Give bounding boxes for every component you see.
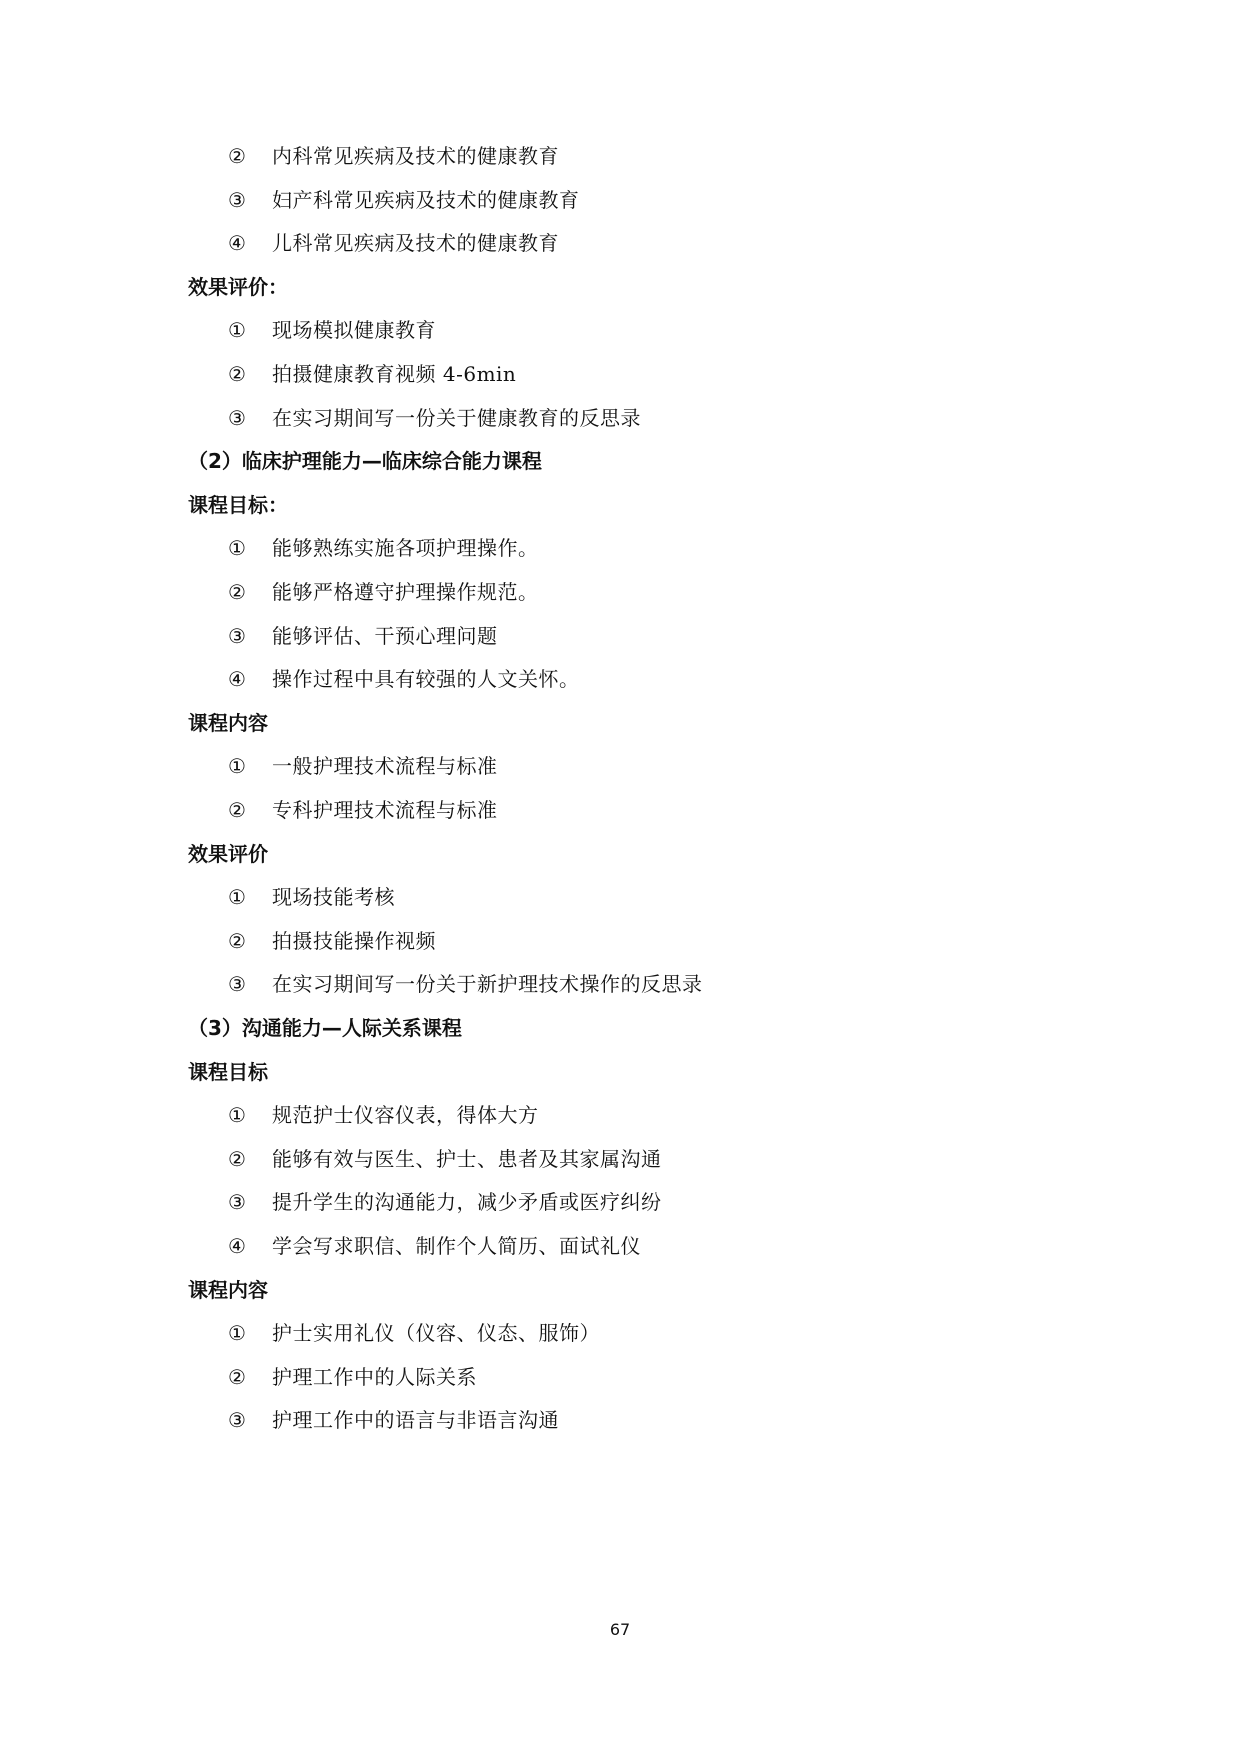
- list-item: ③能够评估、干预心理问题: [228, 621, 498, 651]
- document-page: ②内科常见疾病及技术的健康教育③妇产科常见疾病及技术的健康教育④儿科常见疾病及技…: [0, 0, 1240, 1753]
- item-text: 拍摄健康教育视频 4-6min: [272, 362, 516, 386]
- list-item: ③在实习期间写一份关于健康教育的反思录: [228, 403, 641, 433]
- list-item: ②专科护理技术流程与标准: [228, 795, 498, 825]
- item-text: 专科护理技术流程与标准: [272, 798, 498, 822]
- list-item: ③在实习期间写一份关于新护理技术操作的反思录: [228, 969, 703, 999]
- item-text: 操作过程中具有较强的人文关怀。: [272, 667, 580, 691]
- item-text: 能够严格遵守护理操作规范。: [272, 580, 539, 604]
- item-text: 规范护士仪容仪表，得体大方: [272, 1103, 539, 1127]
- list-item: ③护理工作中的语言与非语言沟通: [228, 1405, 559, 1435]
- item-number: ①: [228, 751, 272, 781]
- subheading: 课程内容: [188, 1275, 268, 1305]
- item-number: ②: [228, 926, 272, 956]
- section-title: （2）临床护理能力—临床综合能力课程: [188, 446, 542, 476]
- item-number: ②: [228, 141, 272, 171]
- list-item: ①护士实用礼仪（仪容、仪态、服饰）: [228, 1318, 600, 1348]
- item-text: 能够评估、干预心理问题: [272, 624, 498, 648]
- list-item: ②拍摄健康教育视频 4-6min: [228, 359, 516, 389]
- item-number: ②: [228, 577, 272, 607]
- item-number: ①: [228, 1100, 272, 1130]
- list-item: ②能够严格遵守护理操作规范。: [228, 577, 539, 607]
- item-text: 妇产科常见疾病及技术的健康教育: [272, 188, 580, 212]
- list-item: ①能够熟练实施各项护理操作。: [228, 533, 539, 563]
- subheading: 效果评价：: [188, 272, 288, 302]
- subheading: 效果评价: [188, 839, 268, 869]
- item-text: 现场模拟健康教育: [272, 318, 436, 342]
- item-text: 现场技能考核: [272, 885, 395, 909]
- list-item: ①现场模拟健康教育: [228, 315, 436, 345]
- item-text: 能够熟练实施各项护理操作。: [272, 536, 539, 560]
- item-text: 儿科常见疾病及技术的健康教育: [272, 231, 559, 255]
- list-item: ①规范护士仪容仪表，得体大方: [228, 1100, 539, 1130]
- list-item: ③提升学生的沟通能力，减少矛盾或医疗纠纷: [228, 1187, 662, 1217]
- item-number: ①: [228, 533, 272, 563]
- item-text: 一般护理技术流程与标准: [272, 754, 498, 778]
- subheading: 课程内容: [188, 708, 268, 738]
- item-text: 能够有效与医生、护士、患者及其家属沟通: [272, 1147, 662, 1171]
- item-text: 内科常见疾病及技术的健康教育: [272, 144, 559, 168]
- list-item: ①现场技能考核: [228, 882, 395, 912]
- list-item: ④操作过程中具有较强的人文关怀。: [228, 664, 580, 694]
- list-item: ①一般护理技术流程与标准: [228, 751, 498, 781]
- item-number: ③: [228, 403, 272, 433]
- item-text: 提升学生的沟通能力，减少矛盾或医疗纠纷: [272, 1190, 662, 1214]
- list-item: ②拍摄技能操作视频: [228, 926, 436, 956]
- item-number: ③: [228, 1187, 272, 1217]
- item-number: ③: [228, 1405, 272, 1435]
- list-item: ②能够有效与医生、护士、患者及其家属沟通: [228, 1144, 662, 1174]
- list-item: ②护理工作中的人际关系: [228, 1362, 477, 1392]
- item-text: 在实习期间写一份关于健康教育的反思录: [272, 406, 641, 430]
- item-number: ①: [228, 882, 272, 912]
- item-number: ②: [228, 795, 272, 825]
- item-text: 护理工作中的语言与非语言沟通: [272, 1408, 559, 1432]
- item-text: 在实习期间写一份关于新护理技术操作的反思录: [272, 972, 703, 996]
- item-text: 护理工作中的人际关系: [272, 1365, 477, 1389]
- item-number: ②: [228, 1362, 272, 1392]
- page-number: 67: [0, 1620, 1240, 1639]
- item-number: ①: [228, 1318, 272, 1348]
- list-item: ④儿科常见疾病及技术的健康教育: [228, 228, 559, 258]
- list-item: ②内科常见疾病及技术的健康教育: [228, 141, 559, 171]
- item-number: ④: [228, 228, 272, 258]
- item-number: ③: [228, 969, 272, 999]
- subheading: 课程目标: [188, 1057, 268, 1087]
- item-number: ①: [228, 315, 272, 345]
- item-text: 学会写求职信、制作个人简历、面试礼仪: [272, 1234, 641, 1258]
- list-item: ④学会写求职信、制作个人简历、面试礼仪: [228, 1231, 641, 1261]
- item-text: 护士实用礼仪（仪容、仪态、服饰）: [272, 1321, 600, 1345]
- item-number: ④: [228, 664, 272, 694]
- item-number: ②: [228, 359, 272, 389]
- item-number: ②: [228, 1144, 272, 1174]
- item-text: 拍摄技能操作视频: [272, 929, 436, 953]
- list-item: ③妇产科常见疾病及技术的健康教育: [228, 185, 580, 215]
- section-title: （3）沟通能力—人际关系课程: [188, 1013, 462, 1043]
- item-number: ④: [228, 1231, 272, 1261]
- item-number: ③: [228, 621, 272, 651]
- subheading: 课程目标：: [188, 490, 288, 520]
- item-number: ③: [228, 185, 272, 215]
